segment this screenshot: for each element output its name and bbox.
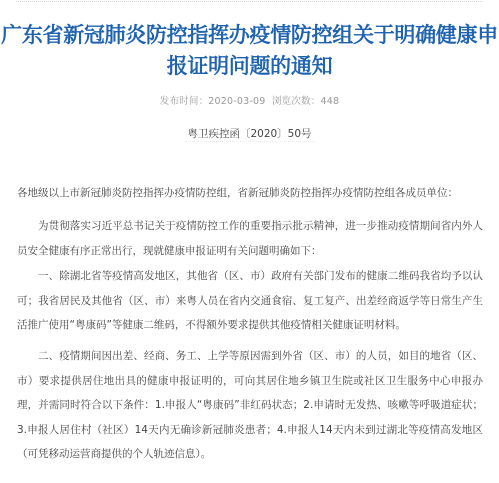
views-label: 浏览次数： [272,96,321,107]
publish-label: 发布时间： [160,96,209,107]
paragraph-intro: 为贯彻落实习近平总书记关于疫情防控工作的重要指示批示精神，进一步推动疫情期间省内… [17,214,483,263]
page-title: 广东省新冠肺炎防控指挥办疫情防控组关于明确健康申报证明问题的通知 [0,20,499,82]
views-count: 448 [320,96,339,107]
paragraph-item-1: 一、除湖北省等疫情高发地区，其他省（区、市）政府有关部门发布的健康二维码我省均予… [17,264,483,338]
publish-date: 2020-03-09 [208,96,265,107]
meta-divider [185,141,315,142]
document-number: 粤卫疾控函〔2020〕50号 [0,126,499,141]
top-divider [16,1,483,2]
article-meta: 发布时间：2020-03-09 浏览次数：448 [0,93,499,107]
paragraph-item-2: 二、疫情期间因出差、经商、务工、上学等原因需到外省（区、市）的人员，如目的地省（… [17,344,483,467]
salutation: 各地级以上市新冠肺炎防控指挥办疫情防控组，省新冠肺炎防控指挥办疫情防控组各成员单… [17,181,483,206]
